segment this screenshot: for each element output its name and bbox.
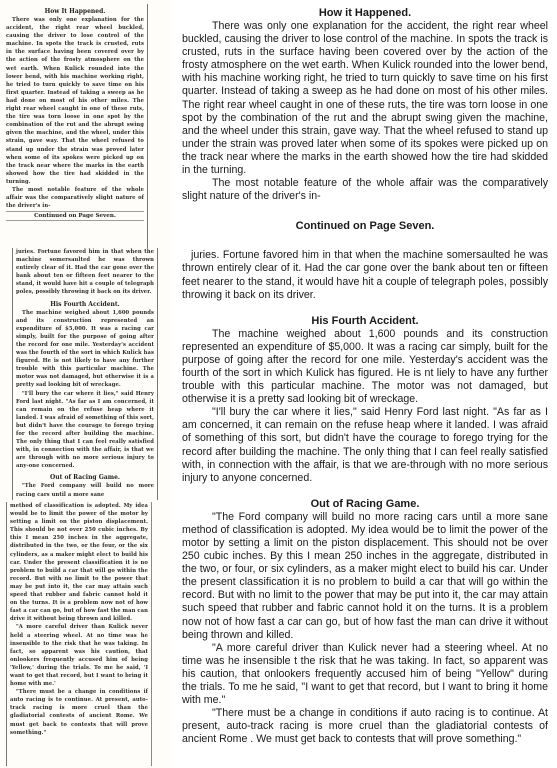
scan-heading: How It Happened.: [6, 4, 144, 16]
scan-block-how-it-happened: How It Happened. There was only one expl…: [6, 4, 148, 248]
scan-block-racing-game: method of classification is adopted. My …: [6, 502, 152, 766]
scan-paragraph: "I'll bury the car where it lies," said …: [16, 390, 154, 471]
scanned-newspaper-clipping: How It Happened. There was only one expl…: [0, 0, 172, 768]
scan-paragraph: The most notable feature of the whole af…: [6, 186, 144, 210]
scan-heading: His Fourth Accident.: [16, 297, 154, 309]
scan-paragraph: "There must be a change in conditions if…: [10, 688, 148, 737]
heading-fourth-accident: His Fourth Accident.: [182, 314, 548, 328]
paragraph: "A more careful driver than Kulick never…: [182, 642, 548, 707]
transcription-column: How it Happened. There was only one expl…: [182, 6, 548, 747]
heading-how-it-happened: How it Happened.: [182, 6, 548, 20]
scan-paragraph: "A more careful driver than Kulick never…: [10, 623, 148, 688]
paragraph: "I'll bury the car where it lies," said …: [182, 406, 548, 485]
heading-out-of-racing: Out of Racing Game.: [182, 497, 548, 511]
paragraph: "The Ford company will build no more rac…: [182, 511, 548, 642]
paragraph: juries. Fortune favored him in that when…: [182, 249, 548, 301]
paragraph: There was only one explanation for the a…: [182, 20, 548, 177]
scan-paragraph: method of classification is adopted. My …: [10, 502, 148, 623]
scan-block-fourth-accident: juries. Fortune favored him in that when…: [12, 248, 158, 500]
scan-paragraph: "The Ford company will build no more rac…: [16, 482, 154, 498]
scan-paragraph: The machine weighed about 1,600 pounds a…: [16, 309, 154, 390]
scan-paragraph: There was only one explanation for the a…: [6, 16, 144, 186]
scan-heading: Out of Racing Game.: [16, 470, 154, 482]
scan-paragraph: juries. Fortune favored him in that when…: [16, 248, 154, 297]
paragraph: The most notable feature of the whole af…: [182, 177, 548, 203]
scan-continued-note: Continued on Page Seven.: [6, 211, 144, 221]
paragraph: "There must be a change in conditions if…: [182, 707, 548, 746]
heading-continued: Continued on Page Seven.: [182, 219, 548, 233]
paragraph: The machine weighed about 1,600 pounds a…: [182, 328, 548, 407]
